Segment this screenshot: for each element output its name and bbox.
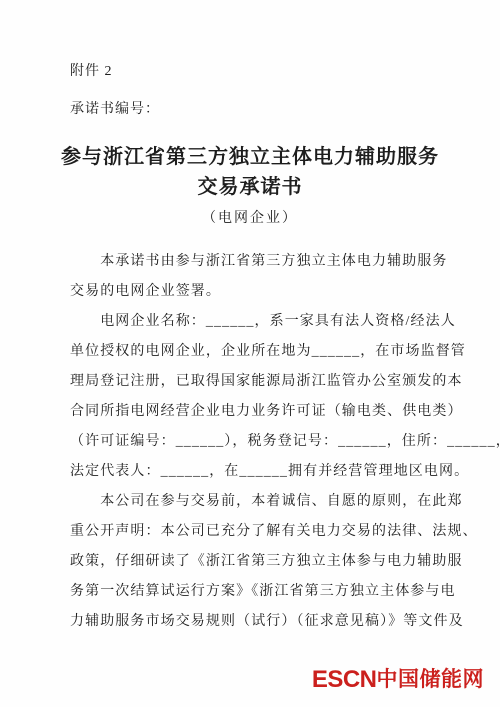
body-line-8: 法定代表人：______，在______拥有并经营管理地区电网。 [70, 457, 434, 487]
body-line-6: 合同所指电网经营企业电力业务许可证（输电类、供电类） [70, 397, 434, 427]
body-line-13: 力辅助服务市场交易规则（试行）（征求意见稿）》等文件及 [70, 607, 434, 637]
body-line-1: 本承诺书由参与浙江省第三方独立主体电力辅助服务 [70, 247, 434, 277]
body-line-9: 本公司在参与交易前，本着诚信、自愿的原则，在此郑 [70, 487, 434, 517]
body-line-4: 单位授权的电网企业，企业所在地为______，在市场监督管 [70, 337, 434, 367]
body-line-11: 政策，仔细研读了《浙江省第三方独立主体参与电力辅助服 [70, 547, 434, 577]
title-line-2: 交易承诺书 [34, 172, 466, 202]
body-line-10: 重公开声明：本公司已充分了解有关电力交易的法律、法规、 [70, 517, 434, 547]
body-line-3: 电网企业名称：______，系一家具有法人资格/经法人 [70, 307, 434, 337]
document-body: 本承诺书由参与浙江省第三方独立主体电力辅助服务 交易的电网企业签署。 电网企业名… [70, 247, 434, 637]
escn-watermark-logo: ESCN中国储能网 [312, 663, 484, 694]
escn-logo-latin-text: ESCN [312, 666, 377, 693]
title-line-1: 参与浙江省第三方独立主体电力辅助服务 [34, 142, 466, 172]
body-line-12: 务第一次结算试运行方案》《浙江省第三方独立主体参与电 [70, 577, 434, 607]
document-subtitle: （电网企业） [0, 209, 500, 229]
body-line-2: 交易的电网企业签署。 [70, 277, 434, 307]
document-page: 附件 2 承诺书编号： 参与浙江省第三方独立主体电力辅助服务 交易承诺书 （电网… [0, 0, 500, 707]
body-line-5: 理局登记注册，已取得国家能源局浙江监管办公室颁发的本 [70, 367, 434, 397]
body-line-7: （许可证编号：______），税务登记号：______，住所：______， [70, 427, 434, 457]
attachment-label: 附件 2 [70, 62, 500, 82]
escn-logo-cjk-text: 中国储能网 [377, 668, 485, 691]
commitment-number-label: 承诺书编号： [70, 100, 500, 120]
document-title: 参与浙江省第三方独立主体电力辅助服务 交易承诺书 [34, 142, 466, 202]
